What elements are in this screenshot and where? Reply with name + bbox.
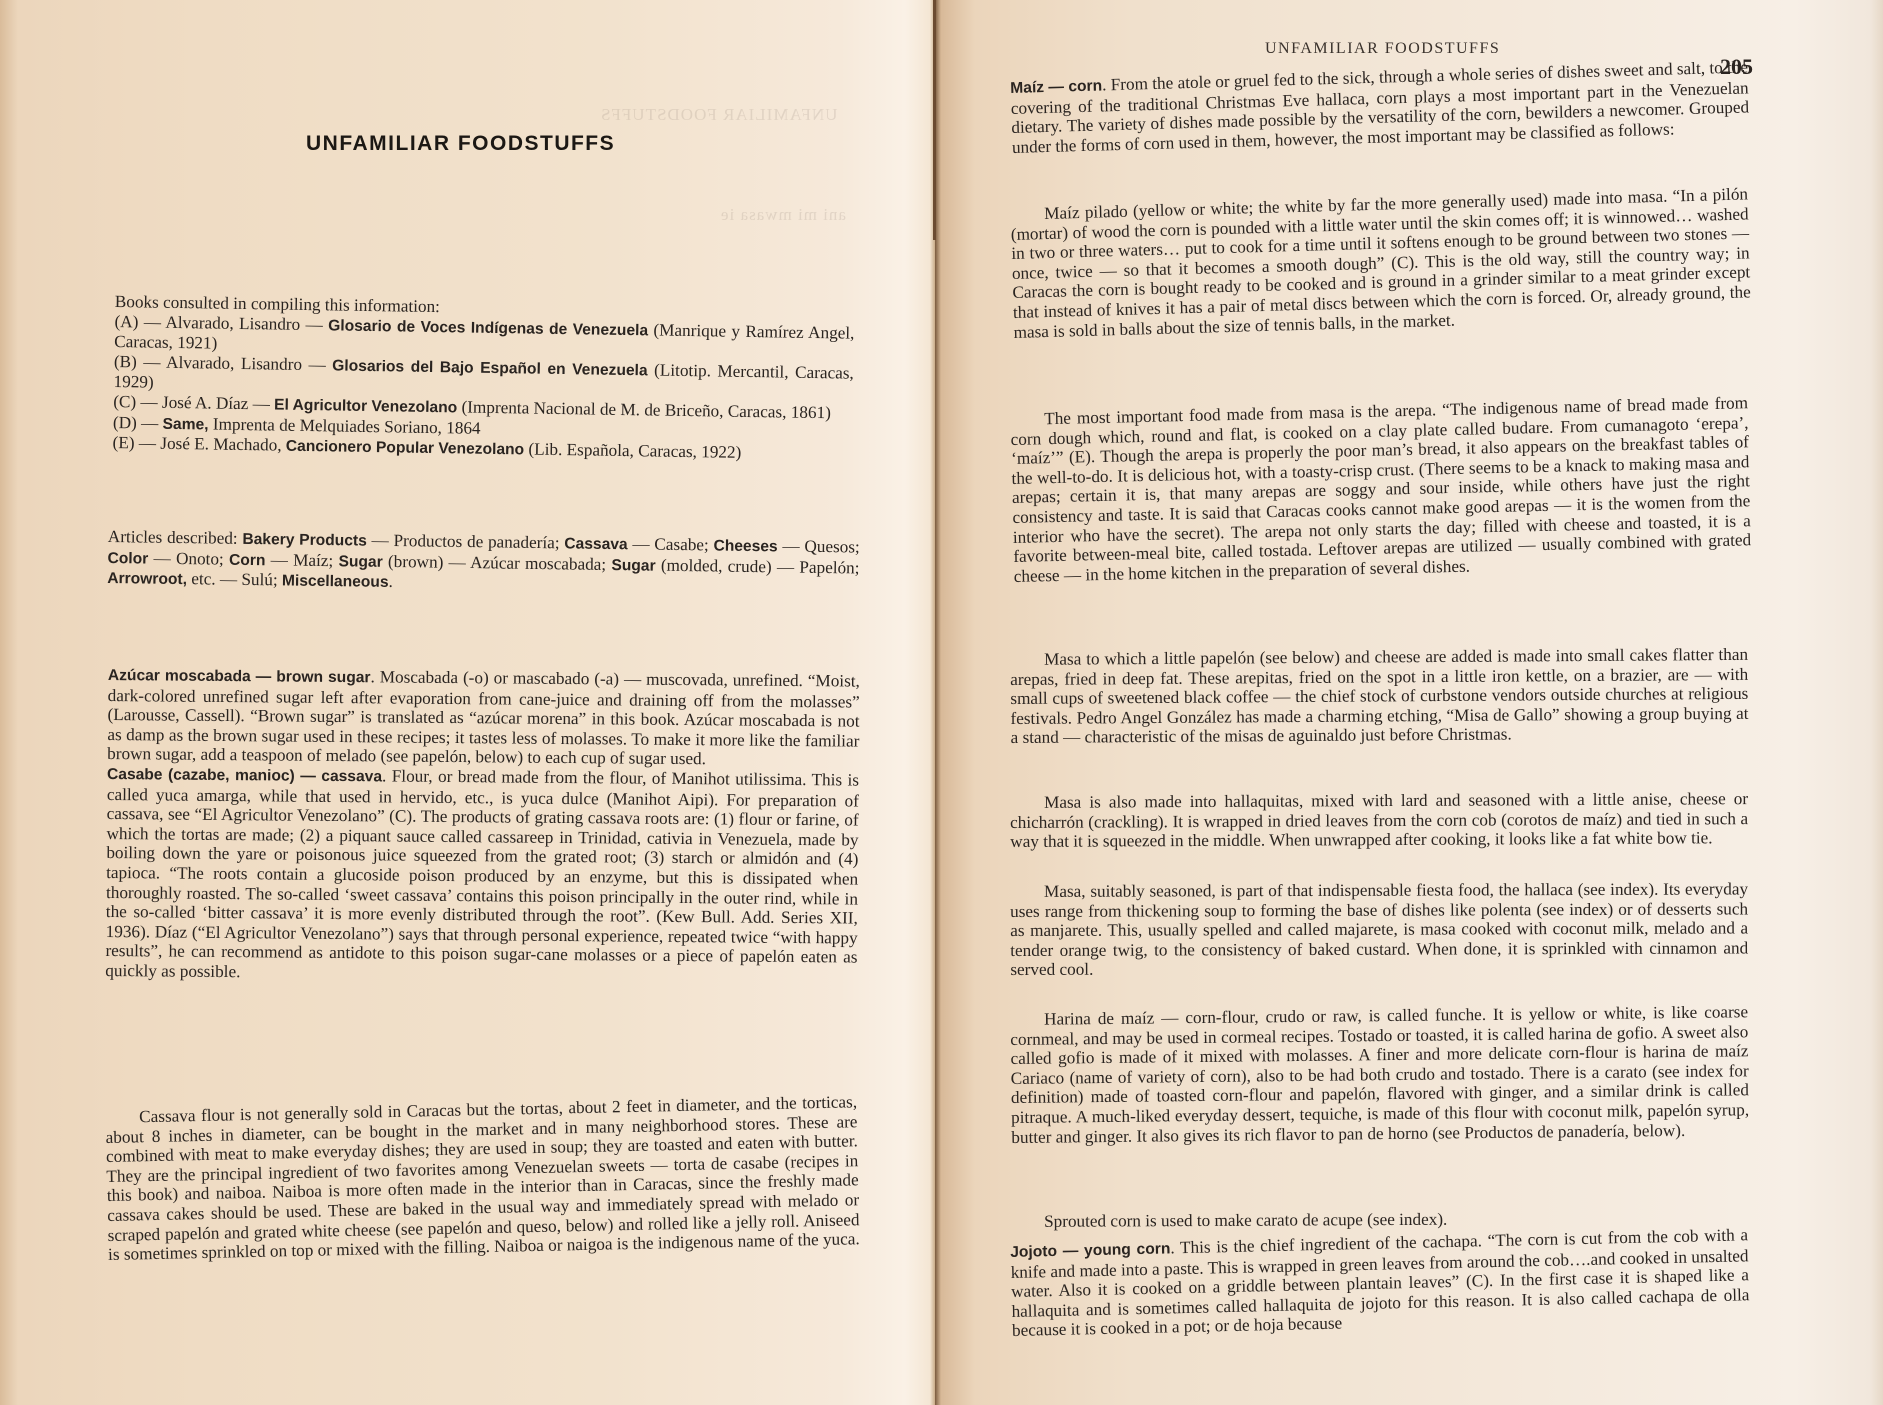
show-through-text: UNFAMILIAR FOODSTUFFS	[600, 105, 837, 125]
articles-described: Articles described: Bakery Products — Pr…	[107, 527, 860, 599]
books-consulted: Books consulted in compiling this inform…	[112, 292, 854, 465]
chapter-title: UNFAMILIAR FOODSTUFFS	[306, 132, 615, 156]
paragraph-arepa: The most important food made from masa i…	[1010, 393, 1752, 586]
paragraph-maiz-pilado: Maíz pilado (yellow or white; the white …	[1010, 184, 1752, 342]
entry-casabe: Casabe (cazabe, manioc) — cassava. Flour…	[105, 764, 859, 987]
paragraph-arepitas: Masa to which a little papelón (see belo…	[1010, 645, 1749, 748]
running-head: UNFAMILIAR FOODSTUFFS	[1265, 40, 1500, 58]
glossary-entries-left: Azúcar moscabada — brown sugar. Moscabad…	[105, 665, 860, 987]
entry-azucar-moscabada: Azúcar moscabada — brown sugar. Moscabad…	[107, 665, 860, 771]
paragraph-harina-de-maiz: Harina de maíz — corn-flour, crudo or ra…	[1010, 1002, 1749, 1147]
entry-jojoto: Jojoto — young corn. This is the chief i…	[1010, 1225, 1750, 1341]
paragraph-hallaca: Masa, suitably seasoned, is part of that…	[1010, 879, 1748, 980]
paragraph-cassava-flour: Cassava flour is not generally sold in C…	[105, 1092, 860, 1264]
open-book-spread: UNFAMILIAR FOODSTUFFS ani mi mwasa ie UN…	[0, 0, 1883, 1405]
book-gutter	[933, 0, 936, 240]
show-through-text: ani mi mwasa ie	[720, 205, 846, 225]
left-page: UNFAMILIAR FOODSTUFFS ani mi mwasa ie UN…	[0, 0, 935, 1405]
paragraph-hallaquitas: Masa is also made into hallaquitas, mixe…	[1010, 789, 1748, 852]
